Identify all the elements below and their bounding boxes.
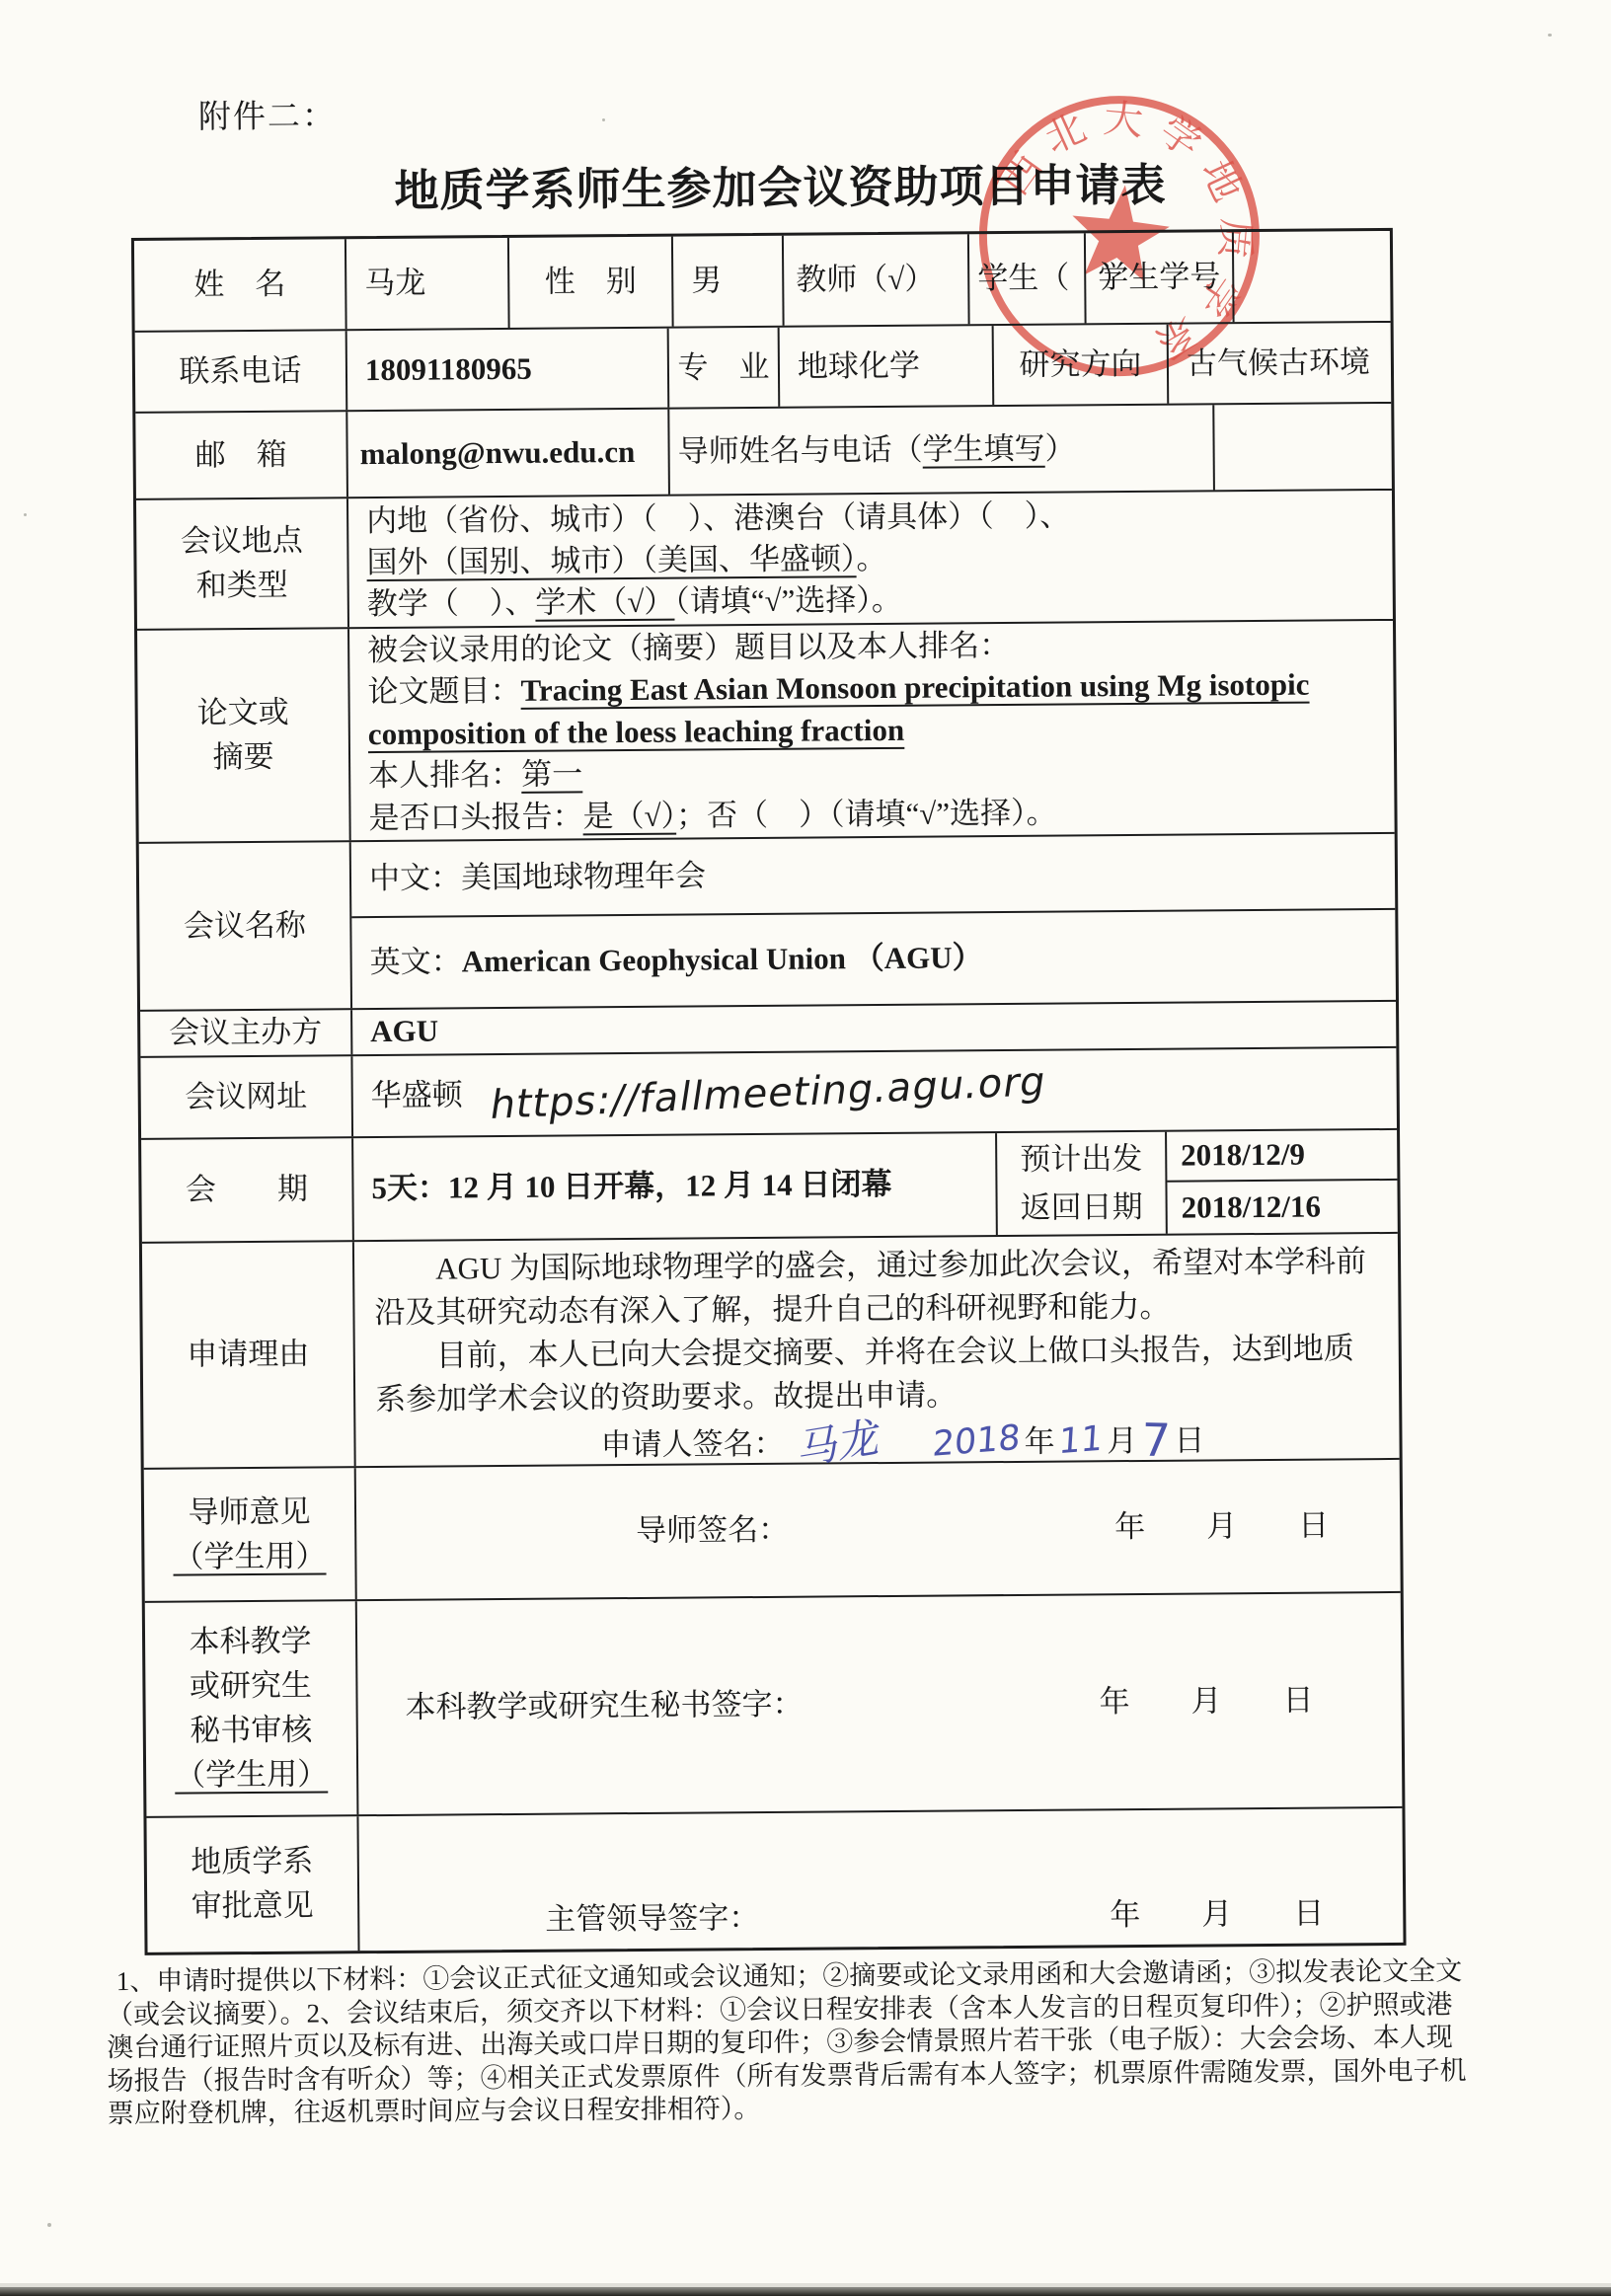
form-row-duration: 会 期 5天：12 月 10 日开幕，12 月 14 日闭幕 预计出发 返回日期… bbox=[141, 1130, 1398, 1244]
advisor-field: 导师姓名与电话（学生填写） bbox=[669, 405, 1215, 494]
paper-speck bbox=[24, 513, 27, 516]
paper-title-en-part1: Tracing East Asian Monsoon precipitation… bbox=[520, 667, 1309, 708]
form-row-website: 会议网址 华盛顿 https://fallmeeting.agu.org bbox=[140, 1048, 1397, 1140]
advisor-sign-label: 导师签名： bbox=[636, 1510, 789, 1552]
form-row-advisor-opinion: 导师意见 （学生用） 导师签名： 年 月 日 bbox=[144, 1460, 1401, 1603]
conference-name-en-value: American Geophysical Union （AGU） bbox=[462, 939, 983, 982]
location-line2-tail: 。 bbox=[856, 541, 886, 575]
form-row-location: 会议地点 和类型 内地（省份、城市）（ ）、港澳台（请具体）（ ）、 国外（国别… bbox=[136, 491, 1393, 631]
department-label-line1: 地质学系 bbox=[191, 1840, 313, 1885]
travel-dates-label-line2: 返回日期 bbox=[1020, 1183, 1142, 1231]
paper-label-line2: 摘要 bbox=[212, 735, 273, 780]
page-title: 地质学系师生参加会议资助项目申请表 bbox=[394, 149, 1167, 219]
name-label: 姓 名 bbox=[134, 239, 347, 331]
advisor-opinion-content: 导师签名： 年 月 日 bbox=[356, 1460, 1401, 1599]
conference-name-content: 中文：美国地球物理年会 英文：American Geophysical Unio… bbox=[351, 834, 1396, 1008]
paper-speck bbox=[1548, 34, 1552, 37]
secretary-label-line4: （学生用） bbox=[175, 1752, 328, 1798]
website-content: 华盛顿 https://fallmeeting.agu.org bbox=[352, 1048, 1397, 1136]
duration-label: 会 期 bbox=[141, 1138, 354, 1242]
paper-title-en-part2: composition of the loess leaching fracti… bbox=[368, 710, 905, 756]
applicant-sign-label: 申请人签名： bbox=[600, 1424, 784, 1466]
paper-rank-value: 第一 bbox=[521, 757, 582, 792]
paper-title-label: 论文题目： bbox=[367, 673, 520, 709]
paper-label: 论文或 摘要 bbox=[137, 629, 351, 842]
major-value: 地球化学 bbox=[780, 326, 995, 407]
footer-notes: 1、申请时提供以下材料：①会议正式征文通知或会议通知；②摘要或论文录用函和大会邀… bbox=[107, 1954, 1467, 2130]
form-row-secretary-review: 本科教学 或研究生 秘书审核 （学生用） 本科教学或研究生秘书签字： 年 月 日 bbox=[145, 1593, 1403, 1818]
reason-paragraph-1: AGU 为国际地球物理学的盛会，通过参加此次会议，希望对本学科前沿及其研究动态有… bbox=[374, 1240, 1373, 1335]
paper-oral-head: 是否口头报告： bbox=[368, 799, 582, 835]
conference-name-en: 英文：American Geophysical Union （AGU） bbox=[351, 910, 1396, 1008]
direction-value: 古气候古环境 bbox=[1169, 323, 1392, 404]
leader-sign-ymd: 年 月 日 bbox=[1110, 1893, 1324, 1935]
paper-oral-tail: ；否（ ）（请填“√”选择）。 bbox=[676, 795, 1057, 832]
conference-name-en-label: 英文： bbox=[370, 943, 462, 983]
sign-date-day-handwriting: 7 bbox=[1140, 1412, 1171, 1472]
paper-title-line1: 论文题目：Tracing East Asian Monsoon precipit… bbox=[367, 664, 1309, 714]
scan-edge-shadow bbox=[0, 2287, 1611, 2296]
website-url-handwriting: https://fallmeeting.agu.org bbox=[487, 1055, 1050, 1130]
phone-label: 联系电话 bbox=[135, 331, 348, 412]
gender-value: 男 bbox=[673, 236, 785, 327]
paper-content: 被会议录用的论文（摘要）题目以及本人排名： 论文题目：Tracing East … bbox=[349, 621, 1395, 840]
location-line3-head: 教学（ ）、 bbox=[367, 585, 536, 621]
advisor-label-suffix: ） bbox=[1044, 428, 1075, 469]
conference-name-label: 会议名称 bbox=[139, 842, 352, 1010]
paper-speck bbox=[602, 118, 605, 121]
phone-value: 18091180965 bbox=[347, 329, 670, 411]
paper-intro: 被会议录用的论文（摘要）题目以及本人排名： bbox=[367, 625, 1010, 672]
location-label: 会议地点 和类型 bbox=[136, 498, 349, 629]
return-date-value: 2018/12/16 bbox=[1167, 1181, 1397, 1234]
leader-sign-label: 主管领导签字： bbox=[545, 1898, 759, 1940]
advisor-sign-ymd: 年 月 日 bbox=[1114, 1506, 1329, 1548]
sign-date-day-unit: 日 bbox=[1174, 1420, 1204, 1461]
travel-dates-label: 预计出发 返回日期 bbox=[997, 1132, 1168, 1235]
form-row-department-approval: 地质学系 审批意见 主管领导签字： 年 月 日 bbox=[146, 1808, 1403, 1952]
form-row-email: 邮 箱 malong@nwu.edu.cn 导师姓名与电话（学生填写） bbox=[135, 404, 1392, 500]
sign-date-month-unit: 月 bbox=[1107, 1421, 1137, 1462]
secretary-review-label: 本科教学 或研究生 秘书审核 （学生用） bbox=[145, 1601, 359, 1816]
secretary-label-line1: 本科教学 bbox=[189, 1620, 311, 1665]
direction-label: 研究方向 bbox=[994, 325, 1170, 405]
secretary-sign-ymd: 年 月 日 bbox=[1099, 1680, 1313, 1722]
application-form-table: 姓 名 马龙 性 别 男 教师（√） 学生（ ） 学生学号 联系电话 18091… bbox=[131, 228, 1407, 1955]
paper-oral-underlined: 是（√） bbox=[582, 798, 676, 833]
form-row-name: 姓 名 马龙 性 别 男 教师（√） 学生（ ） 学生学号 bbox=[134, 231, 1391, 333]
advisor-opinion-label-line1: 导师意见 bbox=[188, 1490, 310, 1535]
host-label: 会议主办方 bbox=[140, 1010, 352, 1056]
form-row-reason: 申请理由 AGU 为国际地球物理学的盛会，通过参加此次会议，希望对本学科前沿及其… bbox=[142, 1234, 1400, 1470]
paper-rank-label: 本人排名： bbox=[368, 757, 521, 793]
location-label-line2: 和类型 bbox=[195, 564, 287, 609]
reason-paragraphs: AGU 为国际地球物理学的盛会，通过参加此次会议，希望对本学科前沿及其研究动态有… bbox=[354, 1234, 1399, 1421]
location-line1: 内地（省份、城市）（ ）、港澳台（请具体）（ ）、 bbox=[366, 496, 1070, 543]
form-row-conference-name: 会议名称 中文：美国地球物理年会 英文：American Geophysical… bbox=[139, 834, 1396, 1012]
form-row-contact: 联系电话 18091180965 专 业 地球化学 研究方向 古气候古环境 bbox=[135, 323, 1392, 414]
attachment-label: 附件二： bbox=[198, 90, 337, 137]
scanned-application-form: 附件二： 地质学系师生参加会议资助项目申请表 西北大学地质学系 姓 名 马龙 性… bbox=[0, 0, 1611, 2296]
duration-value: 5天：12 月 10 日开幕，12 月 14 日闭幕 bbox=[353, 1133, 998, 1240]
sign-date-month-handwriting: 11 bbox=[1057, 1417, 1104, 1466]
advisor-value-empty bbox=[1214, 404, 1392, 490]
department-label-line2: 审批意见 bbox=[192, 1884, 314, 1930]
location-content: 内地（省份、城市）（ ）、港澳台（请具体）（ ）、 国外（国别、城市）（美国、华… bbox=[348, 491, 1393, 627]
student-checkbox: 学生（ ） bbox=[969, 233, 1087, 324]
department-approval-content: 主管领导签字： 年 月 日 bbox=[358, 1808, 1403, 1951]
reason-paragraph-2: 目前，本人已向大会提交摘要、并将在会议上做口头报告，达到地质系参加学术会议的资助… bbox=[375, 1327, 1374, 1421]
sign-date-year-handwriting: 2018 bbox=[931, 1416, 1022, 1469]
sign-date-year-unit: 年 bbox=[1024, 1421, 1054, 1462]
secretary-label-line2: 或研究生 bbox=[190, 1664, 312, 1710]
location-line3-underlined: 学术（√） bbox=[535, 584, 674, 620]
paper-oral: 是否口头报告：是（√）；否（ ）（请填“√”选择）。 bbox=[368, 792, 1056, 839]
name-value: 马龙 bbox=[346, 238, 510, 329]
reason-label: 申请理由 bbox=[142, 1242, 356, 1468]
gender-label: 性 别 bbox=[509, 237, 674, 328]
advisor-opinion-label: 导师意见 （学生用） bbox=[144, 1468, 357, 1601]
location-line2-underlined: 国外（国别、城市）（美国、华盛顿） bbox=[366, 541, 856, 579]
email-label: 邮 箱 bbox=[135, 412, 348, 498]
form-row-paper: 论文或 摘要 被会议录用的论文（摘要）题目以及本人排名： 论文题目：Tracin… bbox=[137, 621, 1395, 844]
conference-name-cn: 中文：美国地球物理年会 bbox=[351, 834, 1396, 918]
paper-speck bbox=[47, 2223, 51, 2227]
depart-date-value: 2018/12/9 bbox=[1167, 1130, 1397, 1183]
travel-dates-values: 2018/12/9 2018/12/16 bbox=[1167, 1130, 1398, 1234]
student-id-value bbox=[1234, 231, 1391, 322]
location-line3: 教学（ ）、学术（√）（请填“√”选择）。 bbox=[367, 579, 902, 625]
page-content: 附件二： 地质学系师生参加会议资助项目申请表 西北大学地质学系 姓 名 马龙 性… bbox=[0, 0, 1611, 2296]
host-value: AGU bbox=[352, 1002, 1396, 1054]
paper-label-line1: 论文或 bbox=[197, 691, 289, 736]
student-id-label: 学生学号 bbox=[1086, 232, 1235, 323]
location-label-line1: 会议地点 bbox=[181, 519, 303, 565]
secretary-review-content: 本科教学或研究生秘书签字： 年 月 日 bbox=[357, 1593, 1403, 1814]
website-label: 会议网址 bbox=[140, 1056, 353, 1138]
major-label: 专 业 bbox=[669, 328, 781, 408]
advisor-label-note: 学生填写 bbox=[922, 429, 1044, 470]
reason-content: AGU 为国际地球物理学的盛会，通过参加此次会议，希望对本学科前沿及其研究动态有… bbox=[354, 1234, 1400, 1466]
teacher-checkbox: 教师（√） bbox=[784, 234, 970, 325]
location-line2: 国外（国别、城市）（美国、华盛顿）。 bbox=[366, 538, 886, 583]
website-city-printed: 华盛顿 bbox=[371, 1076, 463, 1116]
paper-rank: 本人排名：第一 bbox=[368, 754, 582, 798]
email-value: malong@nwu.edu.cn bbox=[347, 410, 670, 497]
advisor-label-prefix: 导师姓名与电话（ bbox=[677, 430, 922, 472]
location-line3-tail: （请填“√”选择）。 bbox=[674, 582, 902, 619]
department-approval-label: 地质学系 审批意见 bbox=[146, 1816, 359, 1952]
advisor-opinion-label-line2: （学生用） bbox=[173, 1534, 326, 1579]
secretary-label-line3: 秘书审核 bbox=[190, 1709, 312, 1754]
travel-dates-label-line1: 预计出发 bbox=[1020, 1135, 1142, 1184]
secretary-sign-label: 本科教学或研究生秘书签字： bbox=[405, 1685, 803, 1727]
